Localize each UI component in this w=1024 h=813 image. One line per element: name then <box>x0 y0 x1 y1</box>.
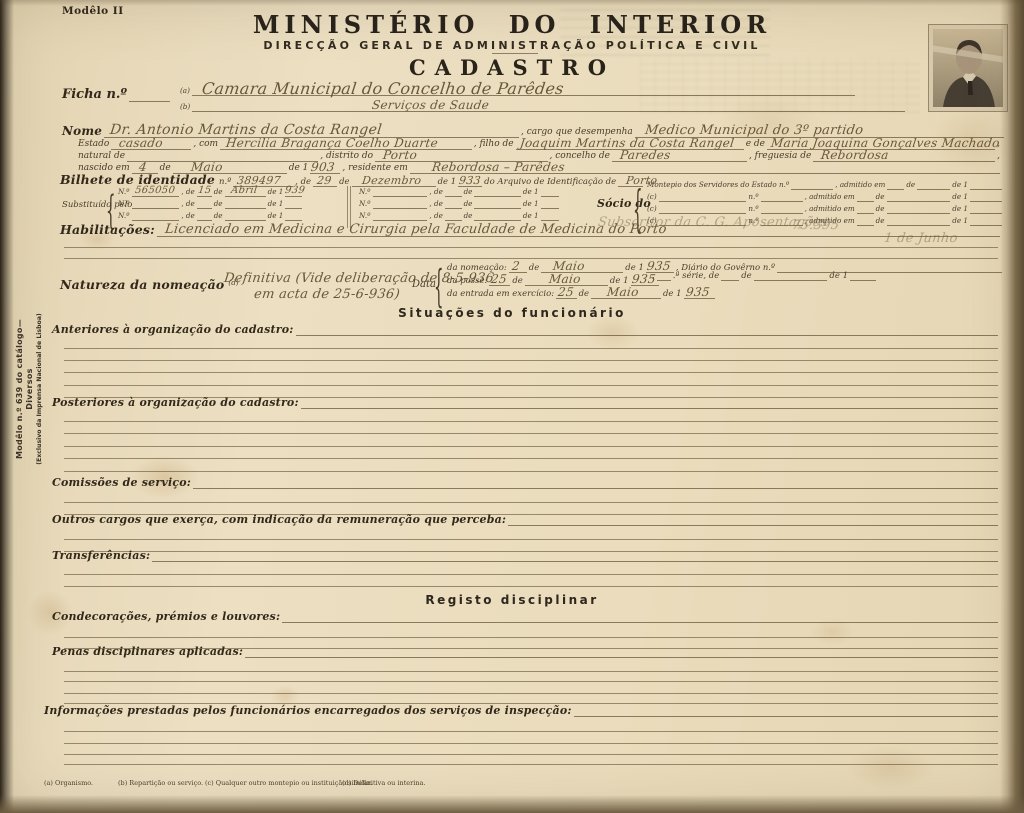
blank-line <box>197 208 212 221</box>
blank-line <box>445 208 462 221</box>
ruled-line <box>64 502 998 503</box>
ruled-line <box>64 458 998 459</box>
page-edge-bottom <box>0 795 1024 813</box>
ruled-line <box>64 433 998 434</box>
concelho-handwriting: Paredes <box>619 149 671 161</box>
footnote-b: (b) Repartição ou serviço. <box>118 779 203 787</box>
ficha-number-row: Ficha n.º <box>60 88 170 102</box>
direction-subtitle: DIRECÇÃO GERAL DE ADMINISTRAÇÃO POLÍTICA… <box>30 39 994 52</box>
ruled-line <box>64 693 998 694</box>
blank-line <box>193 476 998 489</box>
ruled-line <box>64 743 998 744</box>
ruled-line <box>64 258 998 259</box>
ruled-line <box>64 671 998 672</box>
ministry-title: MINISTÉRIO DO INTERIOR <box>30 10 994 39</box>
footnote-d: (d) Definitiva ou interina. <box>342 779 425 787</box>
printer-imprint: Modêlo n.º 639 do catálogo—Diversos (Exc… <box>15 299 49 479</box>
nomeacao-mes-handwriting: Maio <box>553 260 586 272</box>
estado-handwriting: casado <box>119 137 164 149</box>
blank-line <box>508 513 998 526</box>
page-edge-top <box>0 0 1024 6</box>
exercicio-ano-handwriting: 935 <box>685 286 710 298</box>
habilitacoes-handwriting: Licenciado em Medicina e Cirurgia pela F… <box>164 223 667 236</box>
da-entrada-label: da entrada em exercício: <box>445 289 556 299</box>
de-label: de <box>739 271 753 281</box>
comissoes-label: Comissões de serviço: <box>50 476 193 489</box>
blank-line <box>301 396 998 409</box>
organismo-line: Camara Municipal do Concelho de Parêdes <box>192 83 855 96</box>
ruled-line <box>64 754 998 755</box>
situacoes-header: Situações do funcionário <box>30 306 994 320</box>
nascido-ano-handwriting: 903 <box>311 161 336 173</box>
de-1-label: de 1 <box>521 212 541 221</box>
freguesia-handwriting: Rebordosa <box>821 149 890 161</box>
ref-a-label: (a) <box>178 87 192 96</box>
portrait-photo <box>928 24 1008 112</box>
ruled-line <box>64 539 998 540</box>
de-label: de <box>577 289 591 299</box>
informacoes-row: Informações prestadas pelos funcionários… <box>42 703 998 717</box>
virg-de-label: , de <box>179 212 196 221</box>
habilitacoes-label: Habilitações: <box>58 223 157 237</box>
blank-line <box>152 549 998 562</box>
de-label: de <box>527 263 541 273</box>
blank-line <box>282 610 998 623</box>
ficha-number-blank <box>129 89 170 102</box>
informacoes-label: Informações prestadas pelos funcionários… <box>42 704 574 717</box>
blank-line <box>850 268 876 281</box>
header-divider <box>492 53 538 54</box>
blank-line <box>132 208 180 221</box>
comissoes-row: Comissões de serviço: <box>50 476 998 489</box>
de-label: de <box>462 212 475 221</box>
printer-imprint-line2: (Exclusivo da Imprensa Nacional de Lisbo… <box>36 299 44 479</box>
ref-b-label: (b) <box>178 103 192 112</box>
N-label: N.º <box>116 212 132 221</box>
posteriores-row: Posteriores à organização do cadastro: <box>50 396 998 409</box>
ruled-line <box>64 731 998 732</box>
residente-handwriting: Rebordosa – Parêdes <box>431 161 565 173</box>
posteriores-label: Posteriores à organização do cadastro: <box>50 396 301 409</box>
habilitacoes-row: Habilitações: Licenciado em Medicina e C… <box>58 222 1000 237</box>
paper-stain <box>845 745 935 790</box>
exercicio-dia-line: 25 <box>556 286 576 299</box>
registo-header: Registo disciplinar <box>30 593 994 607</box>
sub-ano-handwriting: 939 <box>285 186 306 196</box>
ficha-label: Ficha n.º <box>60 88 129 102</box>
nascido-mes-handwriting: Maio <box>190 161 223 173</box>
blank-line <box>245 645 998 658</box>
ruled-line <box>64 372 998 373</box>
bi-substituto-row-3: N.º , de de de 1 <box>116 208 302 221</box>
exercicio-ano-line: 935 <box>684 286 715 299</box>
ruled-line <box>64 586 998 587</box>
blank-line <box>474 208 520 221</box>
outros-cargos-row: Outros cargos que exerça, com indicação … <box>50 513 998 526</box>
de-1-label: de 1 <box>266 212 286 221</box>
natureza-row: Natureza da nomeação (d) <box>58 278 241 292</box>
posse-ano-handwriting: 935 <box>631 273 656 285</box>
ruled-line <box>64 360 998 361</box>
condecoracoes-row: Condecorações, prémios e louvores: <box>50 610 998 623</box>
cadastro-form-page: Modêlo II MINISTÉRIO DO INTERIOR DIRECÇÃ… <box>0 0 1024 813</box>
ruled-line <box>64 574 998 575</box>
outros-cargos-label: Outros cargos que exerça, com indicação … <box>50 513 508 526</box>
blank-line <box>373 208 428 221</box>
distrito-handwriting: Porto <box>382 149 418 161</box>
de-1-label: de 1 <box>661 289 684 299</box>
da-posse-label: da posse: <box>445 276 489 286</box>
condecoracoes-label: Condecorações, prémios e louvores: <box>50 610 282 623</box>
ruled-line <box>64 348 998 349</box>
ruled-line <box>64 637 998 638</box>
data-exercicio-row: da entrada em exercício: 25 de Maio de 1… <box>445 286 715 299</box>
exercicio-dia-handwriting: 25 <box>557 286 574 298</box>
organismo-row: (a) Camara Municipal do Concelho de Parê… <box>178 82 855 96</box>
organismo-handwriting: Camara Municipal do Concelho de Parêdes <box>201 81 565 97</box>
servico-line: Serviços de Saude <box>192 99 905 112</box>
posse-mes-handwriting: Maio <box>548 273 581 285</box>
printer-imprint-line1: Modêlo n.º 639 do catálogo—Diversos <box>15 299 36 479</box>
serie-row: , .ª série, de de de 1 <box>650 269 876 281</box>
sub-mes-handwriting: Abril <box>230 186 258 196</box>
penas-label: Penas disciplinares aplicadas: <box>50 645 245 658</box>
de-label: de <box>510 276 524 286</box>
posse-dia-line: 25 <box>489 273 510 286</box>
posse-dia-handwriting: 25 <box>491 273 508 285</box>
transferencias-row: Transferências: <box>50 549 998 562</box>
servico-handwriting: Serviços de Saude <box>371 99 490 111</box>
transferencias-label: Transferências: <box>50 549 152 562</box>
ruled-line <box>64 446 998 447</box>
ruled-line <box>64 681 998 682</box>
ruled-line <box>64 421 998 422</box>
form-title: CADASTRO <box>30 55 994 80</box>
de-1-label: de 1 <box>827 271 850 281</box>
data-label: Data <box>412 279 436 291</box>
virg-de-label: , de <box>427 212 444 221</box>
ruled-line <box>64 471 998 472</box>
bi-dia-line: 29 <box>313 174 337 187</box>
blank-line <box>296 323 998 336</box>
blank-line <box>574 704 998 717</box>
natureza-label: Natureza da nomeação <box>58 278 226 292</box>
nome-handwriting: Dr. Antonio Martins da Costa Rangel <box>109 123 383 137</box>
natureza-handwriting-2: em acta de 25-6-936) <box>253 288 401 301</box>
page-edge-right <box>1000 0 1024 813</box>
ruled-line <box>64 764 998 765</box>
sub-dia-handwriting: 15 <box>197 186 212 196</box>
footnote-a: (a) Organismo. <box>44 779 93 787</box>
bi-dia-handwriting: 29 <box>316 175 332 186</box>
sub-numero-handwriting: 565050 <box>134 186 175 196</box>
exercicio-mes-handwriting: Maio <box>606 286 639 298</box>
serie-label: .ª série, de <box>671 271 722 281</box>
anteriores-label: Anteriores à organização do cadastro: <box>50 323 296 336</box>
ruled-line <box>64 247 998 248</box>
nomeacao-dia-line: 2 <box>509 260 527 273</box>
portrait-photo-image <box>933 29 1003 107</box>
ruled-line <box>64 385 998 386</box>
page-edge-left <box>0 0 14 813</box>
socio-do-label: Sócio do <box>597 197 651 210</box>
bi-extra-row-3: N.º , de de de 1 <box>357 208 559 221</box>
blank-line <box>225 208 266 221</box>
blank-line <box>754 268 828 281</box>
anteriores-row: Anteriores à organização do cadastro: <box>50 323 998 336</box>
blank-line <box>541 208 559 221</box>
penas-row: Penas disciplinares aplicadas: <box>50 645 998 658</box>
N-label: N.º <box>357 212 373 221</box>
nomeacao-dia-handwriting: 2 <box>511 260 520 272</box>
blank-line <box>285 208 302 221</box>
de-label: de <box>212 212 225 221</box>
blank-line <box>721 268 739 281</box>
habilitacoes-line: Licenciado em Medicina e Cirurgia pela F… <box>157 224 1000 237</box>
nascido-dia-handwriting: 4 <box>138 161 147 173</box>
servico-row: (b) Serviços de Saude <box>178 98 905 112</box>
exercicio-mes-line: Maio <box>591 286 661 299</box>
